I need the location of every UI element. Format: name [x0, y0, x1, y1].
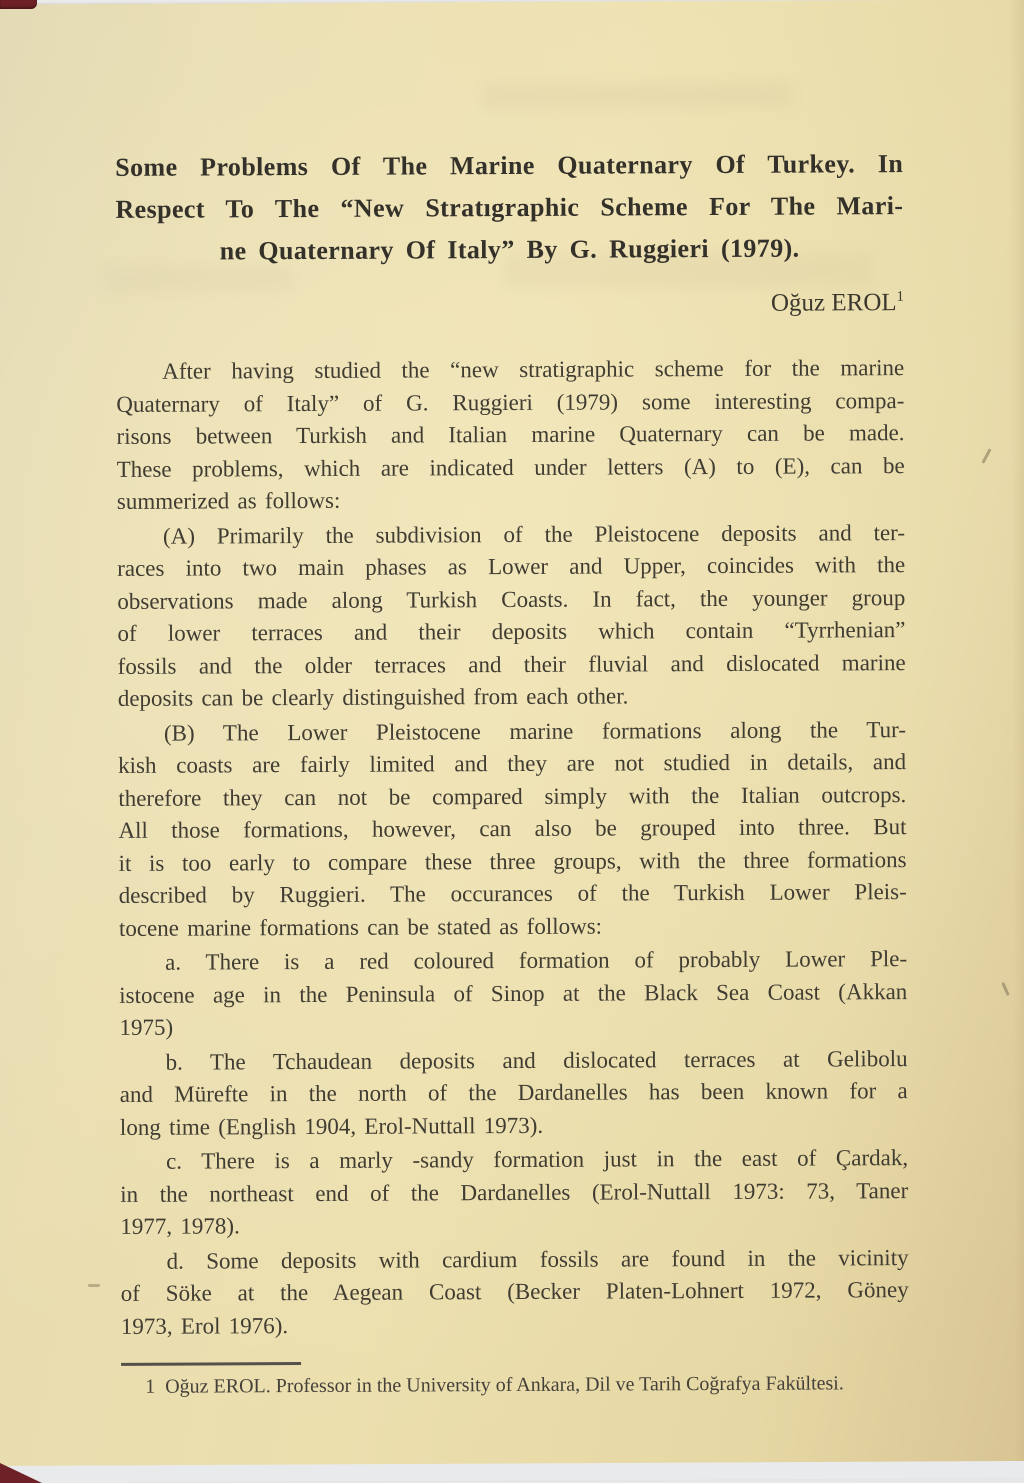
text-line: c. There is a marly -sandy formation jus… — [120, 1142, 908, 1178]
title-line: Some Problems Of The Marine Quaternary O… — [115, 143, 903, 189]
text-line: All those formations, however, can also … — [118, 811, 906, 847]
body-paragraphs: After having studied the “new stratigrap… — [116, 352, 909, 1343]
text-line: 1977, 1978). — [120, 1207, 908, 1243]
footnote-text: Oğuz EROL. Professor in the University o… — [165, 1372, 844, 1397]
text-line: 1975) — [119, 1008, 907, 1044]
text-line: fossils and the older terraces and their… — [118, 647, 906, 683]
text-line: b. The Tchaudean deposits and dislocated… — [120, 1043, 908, 1079]
page-content: Some Problems Of The Marine Quaternary O… — [114, 0, 909, 1400]
paper-title: Some Problems Of The Marine Quaternary O… — [115, 143, 904, 273]
paragraph: c. There is a marly -sandy formation jus… — [120, 1142, 908, 1243]
text-line: Quaternary of Italy” of G. Ruggieri (197… — [116, 385, 904, 421]
text-line: kish coasts are fairly limited and they … — [118, 746, 906, 782]
title-line: ne Quaternary Of Italy” By G. Ruggieri (… — [116, 227, 904, 273]
text-line: deposits can be clearly distinguished fr… — [118, 679, 906, 715]
text-line: it is too early to compare these three g… — [119, 844, 907, 880]
text-line: of Söke at the Aegean Coast (Becker Plat… — [121, 1274, 909, 1310]
text-line: d. Some deposits with cardium fossils ar… — [120, 1242, 908, 1278]
scanner-edge-bottom — [0, 1461, 1024, 1483]
pen-mark — [88, 1284, 100, 1287]
top-left-binding-mark — [0, 0, 37, 9]
footnote-rule — [121, 1362, 301, 1366]
text-line: therefore they can not be compared simpl… — [118, 779, 906, 815]
paragraph: After having studied the “new stratigrap… — [116, 352, 905, 518]
footnote: 1Oğuz EROL. Professor in the University … — [121, 1370, 909, 1400]
text-line: risons between Turkish and Italian marin… — [116, 417, 904, 453]
paragraph: d. Some deposits with cardium fossils ar… — [120, 1242, 908, 1343]
footnote-marker: 1 — [145, 1376, 155, 1398]
paragraph: b. The Tchaudean deposits and dislocated… — [120, 1043, 908, 1144]
text-line: These problems, which are indicated unde… — [117, 450, 905, 486]
text-line: (B) The Lower Pleistocene marine formati… — [118, 714, 906, 750]
text-line: After having studied the “new stratigrap… — [116, 352, 904, 388]
text-line: and Mürefte in the north of the Dardanel… — [120, 1075, 908, 1111]
text-line: tocene marine formations can be stated a… — [119, 909, 907, 945]
paragraph: a. There is a red coloured formation of … — [119, 943, 907, 1044]
paragraph: (A) Primarily the subdivision of the Ple… — [117, 517, 906, 716]
text-line: (A) Primarily the subdivision of the Ple… — [117, 517, 905, 553]
text-line: istocene age in the Peninsula of Sinop a… — [119, 976, 907, 1012]
text-line: long time (English 1904, Erol-Nuttall 19… — [120, 1108, 908, 1144]
author-name: Oğuz EROL — [771, 289, 897, 317]
paragraph: (B) The Lower Pleistocene marine formati… — [118, 714, 907, 945]
text-line: observations made along Turkish Coasts. … — [117, 582, 905, 618]
text-line: of lower terraces and their deposits whi… — [117, 614, 905, 650]
text-line: summerized as follows: — [117, 482, 905, 518]
page-edge-shadow — [1008, 0, 1024, 1472]
text-line: in the northeast end of the Dardanelles … — [120, 1175, 908, 1211]
author-footnote-ref: 1 — [897, 289, 904, 305]
paper-sheet: Some Problems Of The Marine Quaternary O… — [0, 0, 1024, 1477]
text-line: described by Ruggieri. The occurances of… — [119, 876, 907, 912]
text-line: 1973, Erol 1976). — [121, 1307, 909, 1343]
author-line: Oğuz EROL1 — [116, 289, 904, 325]
title-line: Respect To The “New Stratıgraphic Scheme… — [115, 185, 903, 231]
scanned-page: Some Problems Of The Marine Quaternary O… — [0, 0, 1024, 1483]
text-line: races into two main phases as Lower and … — [117, 549, 905, 585]
text-line: a. There is a red coloured formation of … — [119, 943, 907, 979]
